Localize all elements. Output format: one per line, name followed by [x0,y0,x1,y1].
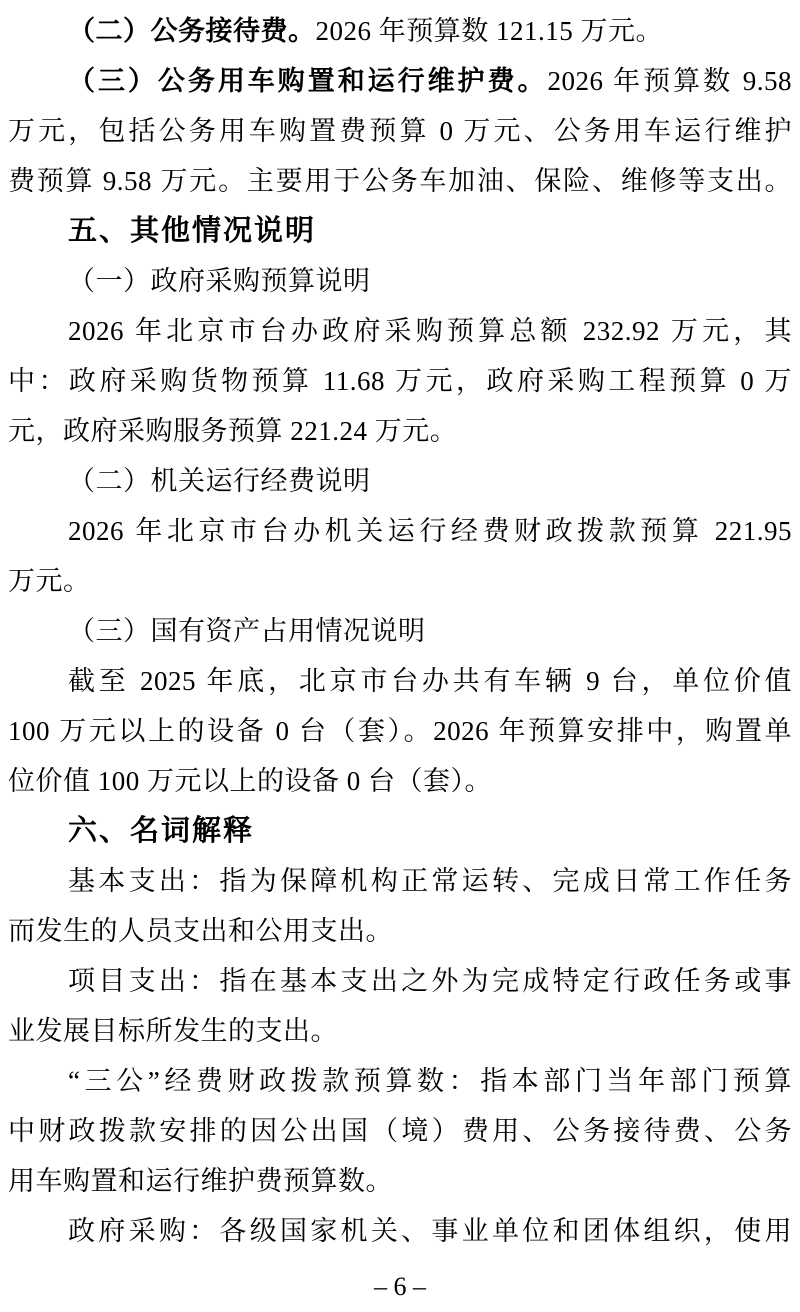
text-line: 政府采购：各级国家机关、事业单位和团体组织，使用 [8,1206,792,1256]
text-run: 2026 年预算数 121.15 万元。 [316,16,664,46]
text-line: 项目支出：指在基本支出之外为完成特定行政任务或事 [8,956,792,1006]
text-line: 元，政府采购服务预算 221.24 万元。 [8,406,792,456]
text-line: （三）国有资产占用情况说明 [8,606,792,656]
text-run: （三）国有资产占用情况说明 [68,616,426,646]
text-line: （二）公务接待费。2026 年预算数 121.15 万元。 [8,6,792,56]
text-run: 2026 年北京市台办机关运行经费财政拨款预算 221.95 [68,516,792,546]
text-run: 项目支出：指在基本支出之外为完成特定行政任务或事 [68,966,792,996]
text-run: 费预算 9.58 万元。主要用于公务车加油、保险、维修等支出。 [8,166,792,196]
text-run: 位价值 100 万元以上的设备 0 台（套）。 [8,766,492,796]
text-line: 万元。 [8,556,792,606]
text-run: 万元，包括公务用车购置费预算 0 万元、公务用车运行维护 [8,116,792,146]
text-line: 位价值 100 万元以上的设备 0 台（套）。 [8,756,792,806]
text-run: （二）公务接待费。 [68,16,316,46]
text-line: “三公”经费财政拨款预算数：指本部门当年部门预算 [8,1056,792,1106]
text-line: （二）机关运行经费说明 [8,456,792,506]
text-line: 万元，包括公务用车购置费预算 0 万元、公务用车运行维护 [8,106,792,156]
text-run: 截至 2025 年底，北京市台办共有车辆 9 台，单位价值 [68,666,792,696]
text-run: “三公”经费财政拨款预算数：指本部门当年部门预算 [68,1066,792,1096]
text-line: 100 万元以上的设备 0 台（套）。2026 年预算安排中，购置单 [8,706,792,756]
text-run: 而发生的人员支出和公用支出。 [8,916,393,946]
text-run: 万元。 [8,566,91,596]
text-line: 中财政拨款安排的因公出国（境）费用、公务接待费、公务 [8,1106,792,1156]
text-run: 2026 年北京市台办政府采购预算总额 232.92 万元，其 [68,316,792,346]
text-run: 业发展目标所发生的支出。 [8,1016,338,1046]
document-page: （二）公务接待费。2026 年预算数 121.15 万元。（三）公务用车购置和运… [0,0,800,1312]
text-run: 五、其他情况说明 [68,215,316,247]
document-body: （二）公务接待费。2026 年预算数 121.15 万元。（三）公务用车购置和运… [0,0,800,1256]
section-heading-line: 六、名词解释 [8,806,792,856]
text-line: （一）政府采购预算说明 [8,256,792,306]
text-line: 基本支出：指为保障机构正常运转、完成日常工作任务 [8,856,792,906]
text-line: （三）公务用车购置和运行维护费。2026 年预算数 9.58 [8,56,792,106]
page-number: – 6 – [0,1270,800,1304]
text-line: 用车购置和运行维护费预算数。 [8,1156,792,1206]
text-run: 六、名词解释 [68,815,254,847]
text-run: （三）公务用车购置和运行维护费。 [68,66,547,96]
text-run: 基本支出：指为保障机构正常运转、完成日常工作任务 [68,866,792,896]
text-line: 费预算 9.58 万元。主要用于公务车加油、保险、维修等支出。 [8,156,792,206]
text-run: （一）政府采购预算说明 [68,266,371,296]
text-line: 2026 年北京市台办政府采购预算总额 232.92 万元，其 [8,306,792,356]
text-run: 2026 年预算数 9.58 [547,66,792,96]
text-line: 而发生的人员支出和公用支出。 [8,906,792,956]
text-run: 元，政府采购服务预算 221.24 万元。 [8,416,457,446]
text-line: 中：政府采购货物预算 11.68 万元，政府采购工程预算 0 万 [8,356,792,406]
text-run: 中财政拨款安排的因公出国（境）费用、公务接待费、公务 [8,1116,792,1146]
text-run: 100 万元以上的设备 0 台（套）。2026 年预算安排中，购置单 [8,716,792,746]
text-line: 截至 2025 年底，北京市台办共有车辆 9 台，单位价值 [8,656,792,706]
text-run: 用车购置和运行维护费预算数。 [8,1166,393,1196]
text-line: 业发展目标所发生的支出。 [8,1006,792,1056]
text-run: （二）机关运行经费说明 [68,466,371,496]
text-line: 2026 年北京市台办机关运行经费财政拨款预算 221.95 [8,506,792,556]
text-run: 中：政府采购货物预算 11.68 万元，政府采购工程预算 0 万 [8,366,792,396]
section-heading-line: 五、其他情况说明 [8,206,792,256]
text-run: 政府采购：各级国家机关、事业单位和团体组织，使用 [68,1216,792,1246]
